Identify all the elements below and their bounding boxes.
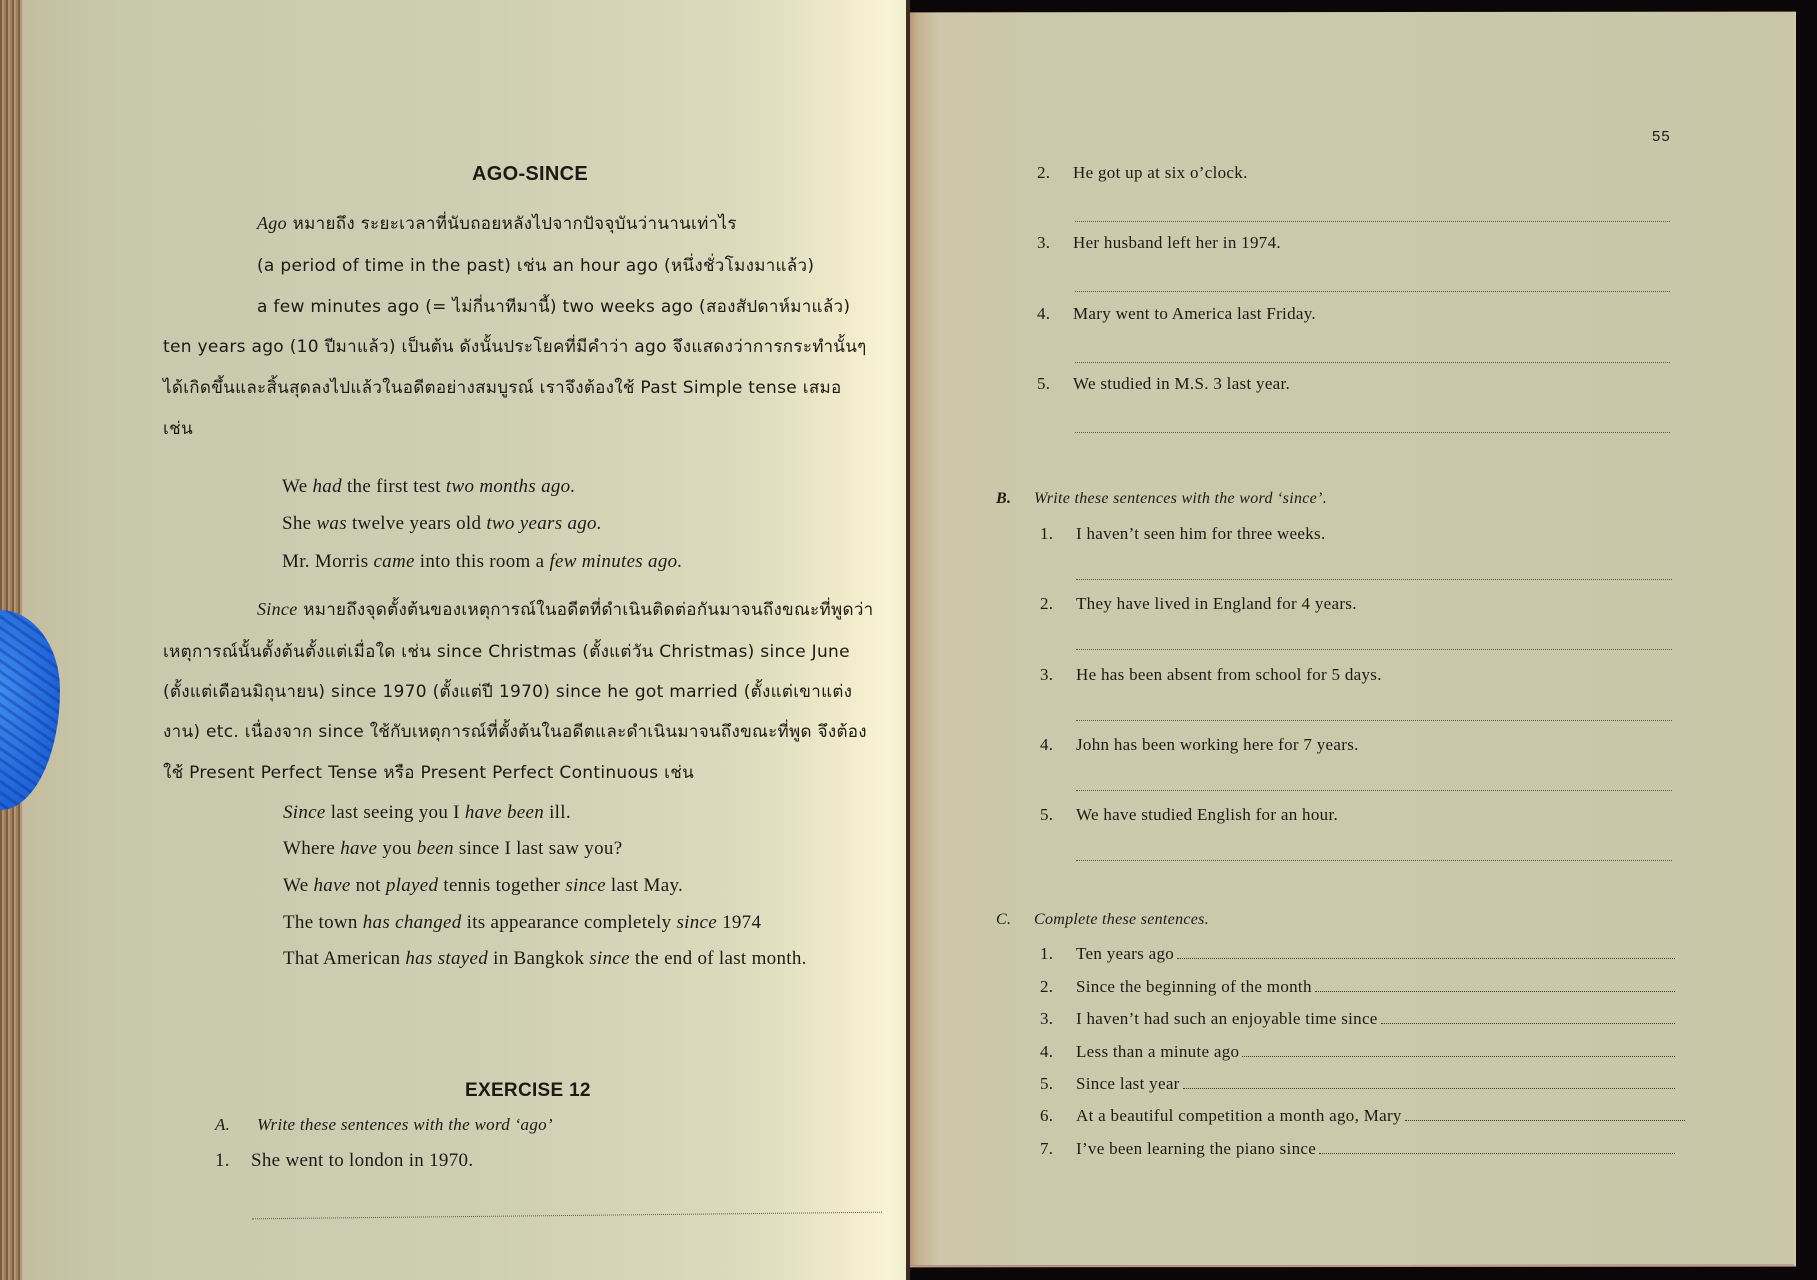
text: ill. (544, 802, 571, 823)
line-text: หมายถึง ระยะเวลาที่นับถอยหลังไปจากปัจจุบ… (287, 214, 737, 234)
item-text: Since the beginning of the month (1076, 977, 1312, 997)
item-number: 1. (215, 1150, 251, 1172)
item-number: 4. (1040, 735, 1076, 755)
line-text: เหตุการณ์นั้นตั้งต้นตั้งแต่เมื่อใด เช่น … (163, 642, 850, 662)
answer-line[interactable] (1076, 649, 1672, 650)
item-text: Ten years ago (1076, 944, 1174, 964)
text: We (283, 875, 314, 896)
item-text: At a beautiful competition a month ago, … (1076, 1106, 1402, 1126)
paragraph-line: เช่น (163, 415, 193, 442)
exercise-item: 5.We studied in M.S. 3 last year. (1037, 374, 1290, 394)
emphasis: have been (465, 802, 544, 823)
section-c-letter: C. (996, 911, 1034, 929)
emphasis: few minutes ago. (549, 551, 682, 572)
item-text: He got up at six o’clock. (1073, 163, 1248, 182)
term-label: Since (257, 599, 297, 619)
item-number: 5. (1040, 805, 1076, 825)
section-a-heading: A.Write these sentences with the word ‘a… (215, 1115, 553, 1135)
line-text: ใช้ Present Perfect Tense หรือ Present P… (163, 763, 694, 783)
item-text: We studied in M.S. 3 last year. (1073, 374, 1290, 393)
section-b-letter: B. (996, 490, 1034, 508)
example-sentence: She was twelve years old two years ago. (282, 513, 602, 535)
completion-item: 5.Since last year (1040, 1074, 1675, 1094)
emphasis: two years ago. (486, 513, 602, 534)
page-title: AGO-SINCE (472, 163, 588, 186)
item-number: 4. (1037, 304, 1073, 324)
text: twelve years old (347, 513, 486, 534)
answer-line[interactable] (1075, 362, 1670, 363)
example-sentence: That American has stayed in Bangkok sinc… (283, 948, 807, 970)
exercise-item: 3.Her husband left her in 1974. (1037, 233, 1281, 253)
item-number: 7. (1040, 1139, 1076, 1159)
line-text: เช่น (163, 419, 193, 439)
answer-line[interactable] (1076, 579, 1672, 580)
item-number: 5. (1037, 374, 1073, 394)
page-number: 55 (1652, 128, 1671, 145)
paragraph-line: เหตุการณ์นั้นตั้งต้นตั้งแต่เมื่อใด เช่น … (163, 638, 850, 665)
section-a-letter: A. (215, 1115, 257, 1135)
paragraph-line: Since หมายถึงจุดตั้งต้นของเหตุการณ์ในอดี… (257, 596, 874, 623)
section-b-instruction: Write these sentences with the word ‘sin… (1034, 490, 1327, 507)
emphasis: have (314, 875, 351, 896)
line-text: ten years ago (10 ปีมาแล้ว) เป็นต้น ดังน… (163, 337, 867, 357)
line-text: (a period of time in the past) เช่น an h… (257, 256, 814, 276)
answer-line[interactable] (1075, 221, 1670, 222)
exercise-item: 4.John has been working here for 7 years… (1040, 735, 1359, 755)
emphasis: since (565, 875, 606, 896)
emphasis: has changed (363, 912, 462, 933)
item-text: He has been absent from school for 5 day… (1076, 665, 1382, 684)
exercise-item: 3.He has been absent from school for 5 d… (1040, 665, 1382, 685)
emphasis: was (316, 513, 346, 534)
completion-item: 7.I’ve been learning the piano since (1040, 1139, 1675, 1159)
text: 1974 (717, 912, 761, 933)
section-c-heading: C.Complete these sentences. (996, 911, 1209, 929)
fill-in-blank[interactable] (1242, 1056, 1675, 1057)
item-text: Since last year (1076, 1074, 1180, 1094)
text: the end of last month. (630, 948, 807, 969)
item-number: 3. (1040, 665, 1076, 685)
emphasis: since (676, 912, 717, 933)
example-sentence: Since last seeing you I have been ill. (283, 802, 571, 824)
emphasis: have (340, 838, 377, 859)
item-text: I haven’t had such an enjoyable time sin… (1076, 1009, 1378, 1029)
line-text: ได้เกิดขึ้นและสิ้นสุดลงไปแล้วในอดีตอย่าง… (163, 378, 842, 398)
section-a-instruction: Write these sentences with the word ‘ago… (257, 1115, 553, 1134)
exercise-item: 1.I haven’t seen him for three weeks. (1040, 524, 1326, 544)
answer-line[interactable] (1076, 720, 1672, 721)
text: last seeing you I (326, 802, 465, 823)
item-text: Less than a minute ago (1076, 1042, 1239, 1062)
completion-item: 3.I haven’t had such an enjoyable time s… (1040, 1009, 1675, 1029)
paragraph-line: (ตั้งแต่เดือนมิถุนายน) since 1970 (ตั้งแ… (163, 678, 852, 705)
term-label: Ago (257, 213, 287, 233)
paragraph-line: a few minutes ago (= ไม่กี่นาทีมานี้) tw… (257, 293, 850, 320)
line-text: a few minutes ago (= ไม่กี่นาทีมานี้) tw… (257, 297, 850, 317)
answer-line[interactable] (1076, 860, 1672, 861)
fill-in-blank[interactable] (1183, 1088, 1675, 1089)
example-sentence: We had the first test two months ago. (282, 476, 576, 498)
emphasis: came (373, 551, 414, 572)
item-number: 6. (1040, 1106, 1076, 1126)
emphasis: two months ago. (446, 476, 576, 497)
section-c-instruction: Complete these sentences. (1034, 911, 1209, 928)
emphasis: since (589, 948, 630, 969)
line-text: หมายถึงจุดตั้งต้นของเหตุการณ์ในอดีตที่ดำ… (297, 600, 873, 620)
emphasis: been (417, 838, 454, 859)
paragraph-line: ใช้ Present Perfect Tense หรือ Present P… (163, 759, 694, 786)
paragraph-line: ten years ago (10 ปีมาแล้ว) เป็นต้น ดังน… (163, 333, 867, 360)
item-number: 5. (1040, 1074, 1076, 1094)
section-b-heading: B.Write these sentences with the word ‘s… (996, 490, 1327, 508)
item-number: 1. (1040, 944, 1076, 964)
example-sentence: The town has changed its appearance comp… (283, 912, 761, 934)
text: The town (283, 912, 363, 933)
text: Mr. Morris (282, 551, 373, 572)
paragraph-line: (a period of time in the past) เช่น an h… (257, 252, 814, 279)
fill-in-blank[interactable] (1319, 1153, 1675, 1154)
exercise-item: 1.She went to london in 1970. (215, 1150, 473, 1172)
item-text: I’ve been learning the piano since (1076, 1139, 1316, 1159)
item-text: They have lived in England for 4 years. (1076, 594, 1357, 613)
fill-in-blank[interactable] (1315, 991, 1675, 992)
text: We (282, 476, 313, 497)
text: in Bangkok (488, 948, 589, 969)
item-number: 3. (1037, 233, 1073, 253)
item-number: 4. (1040, 1042, 1076, 1062)
item-text: We have studied English for an hour. (1076, 805, 1338, 824)
item-text: John has been working here for 7 years. (1076, 735, 1359, 754)
line-text: (ตั้งแต่เดือนมิถุนายน) since 1970 (ตั้งแ… (163, 682, 852, 702)
text: tennis together (438, 875, 565, 896)
book-spine (906, 0, 910, 1280)
paragraph-line: Ago หมายถึง ระยะเวลาที่นับถอยหลังไปจากปั… (257, 210, 737, 237)
emphasis: had (313, 476, 342, 497)
example-sentence: Where have you been since I last saw you… (283, 838, 622, 860)
exercise-item: 5.We have studied English for an hour. (1040, 805, 1338, 825)
fill-in-blank[interactable] (1405, 1120, 1685, 1121)
fill-in-blank[interactable] (1177, 958, 1675, 959)
paragraph-line: ได้เกิดขึ้นและสิ้นสุดลงไปแล้วในอดีตอย่าง… (163, 374, 842, 401)
text: She (282, 513, 316, 534)
paragraph-line: งาน) etc. เนื่องจาก since ใช้กับเหตุการณ… (163, 718, 867, 745)
item-text: Mary went to America last Friday. (1073, 304, 1316, 323)
item-number: 1. (1040, 524, 1076, 544)
emphasis: Since (283, 802, 326, 823)
text: Where (283, 838, 340, 859)
completion-item: 6.At a beautiful competition a month ago… (1040, 1106, 1685, 1126)
item-text: She went to london in 1970. (251, 1150, 473, 1171)
completion-item: 4.Less than a minute ago (1040, 1042, 1675, 1062)
emphasis: has stayed (405, 948, 488, 969)
text: the first test (342, 476, 446, 497)
answer-line[interactable] (1075, 432, 1670, 433)
answer-line[interactable] (1076, 790, 1672, 791)
text: you (377, 838, 417, 859)
completion-item: 1.Ten years ago (1040, 944, 1675, 964)
completion-item: 2.Since the beginning of the month (1040, 977, 1675, 997)
text: last May. (606, 875, 683, 896)
fill-in-blank[interactable] (1381, 1023, 1675, 1024)
exercise-title: EXERCISE 12 (465, 1080, 591, 1102)
example-sentence: We have not played tennis together since… (283, 875, 683, 897)
text: into this room a (415, 551, 550, 572)
item-text: Her husband left her in 1974. (1073, 233, 1281, 252)
example-sentence: Mr. Morris came into this room a few min… (282, 551, 683, 573)
answer-line[interactable] (1075, 291, 1670, 292)
text: not (351, 875, 386, 896)
text: since I last saw you? (454, 838, 623, 859)
text: its appearance completely (462, 912, 677, 933)
exercise-item: 2.They have lived in England for 4 years… (1040, 594, 1357, 614)
item-number: 2. (1040, 977, 1076, 997)
item-number: 2. (1040, 594, 1076, 614)
exercise-item: 4.Mary went to America last Friday. (1037, 304, 1316, 324)
item-text: I haven’t seen him for three weeks. (1076, 524, 1326, 543)
item-number: 2. (1037, 163, 1073, 183)
item-number: 3. (1040, 1009, 1076, 1029)
exercise-item: 2.He got up at six o’clock. (1037, 163, 1248, 183)
emphasis: played (386, 875, 438, 896)
line-text: งาน) etc. เนื่องจาก since ใช้กับเหตุการณ… (163, 722, 867, 742)
text: That American (283, 948, 405, 969)
